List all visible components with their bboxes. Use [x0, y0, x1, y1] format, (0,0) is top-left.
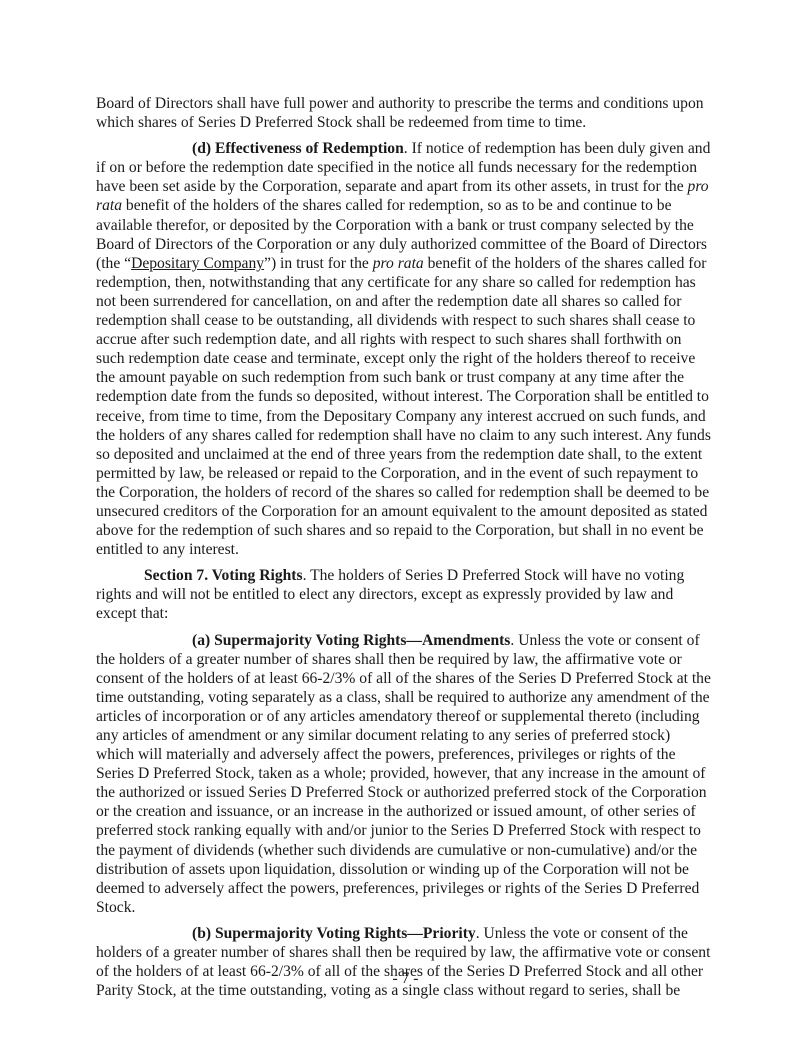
section-7a-paragraph: (a) Supermajority Voting Rights—Amendmen…	[96, 631, 712, 917]
defined-term-depositary-company: Depositary Company	[131, 255, 264, 272]
section-7a-heading: (a) Supermajority Voting Rights—Amendmen…	[192, 632, 510, 649]
continuation-text: Board of Directors shall have full power…	[96, 95, 704, 131]
section-d-paragraph: (d) Effectiveness of Redemption. If noti…	[96, 139, 712, 559]
italic-pro-rata: pro rata	[373, 255, 424, 272]
section-d-heading: (d) Effectiveness of Redemption	[192, 140, 404, 157]
continuation-paragraph: Board of Directors shall have full power…	[96, 94, 712, 132]
document-page: Board of Directors shall have full power…	[96, 94, 712, 1007]
section-7b-paragraph: (b) Supermajority Voting Rights—Priority…	[96, 924, 712, 1000]
section-7-heading: Section 7. Voting Rights	[144, 567, 303, 584]
page-number: - 7 -	[0, 970, 811, 988]
section-7-paragraph: Section 7. Voting Rights. The holders of…	[96, 566, 712, 623]
section-7b-heading: (b) Supermajority Voting Rights—Priority	[192, 925, 476, 942]
